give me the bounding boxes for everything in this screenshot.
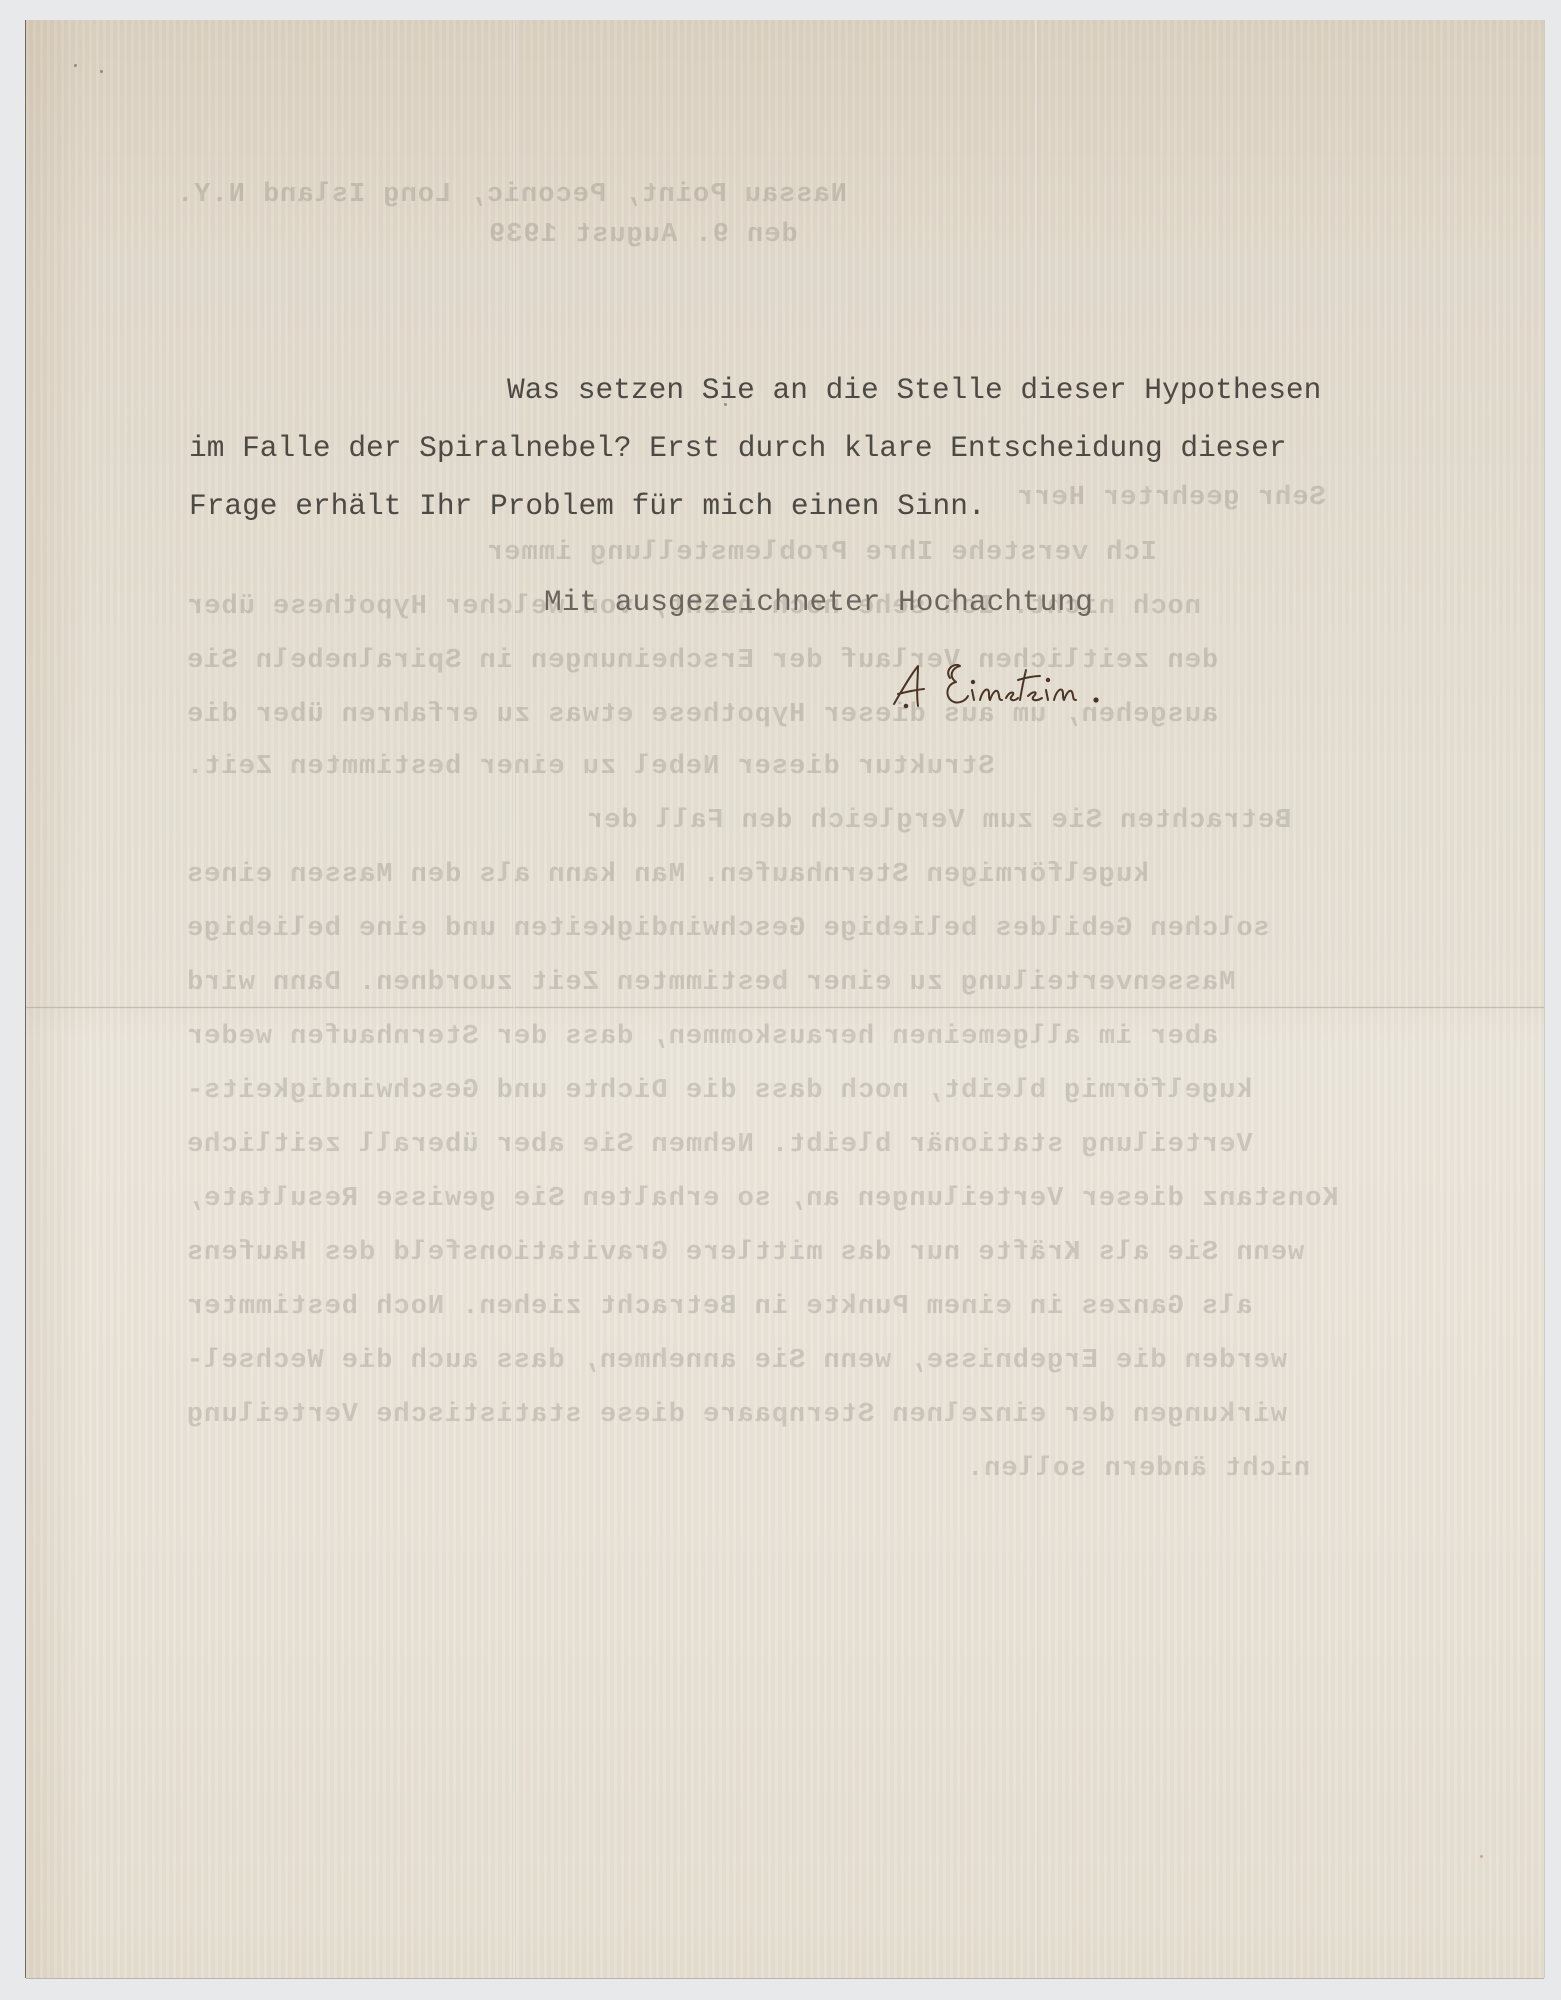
signature [888,656,1138,716]
bleed-through-line: Verteilung stationär bleibt. Nehmen Sie … [186,1130,1253,1160]
bleed-through-line: nicht ändern sollen. [966,1454,1310,1484]
bleed-through-line: Sehr geehrter Herr [1016,483,1326,513]
horizontal-fold-line [26,1006,1544,1009]
bleed-through-line: Struktur dieser Nebel zu einer bestimmte… [186,752,995,782]
bleed-through-line: wirkungen der einzelnen Sternpaare diese… [186,1400,1287,1430]
letter-closing: Mit ausgezeichneter Hochachtung [544,588,1093,618]
bleed-through-header-line: Nassau Point, Peconic, Long Island N.Y. [176,180,847,210]
bleed-through-line: wenn Sie als Kräfte nur das mittlere Gra… [186,1238,1304,1268]
bleed-through-line: kugelförmig bleibt, noch dass die Dichte… [186,1076,1253,1106]
paper-speck [724,403,727,406]
bleed-through-line: als Ganzes in einem Punkte in Betracht z… [186,1292,1253,1322]
bleed-through-line: Konstanz dieser Verteilungen an, so erha… [186,1184,1339,1214]
paper-speck [74,64,77,67]
paper-speck [100,70,103,73]
paper-speck [1480,1855,1483,1858]
letter-line: Frage erhält Ihr Problem für mich einen … [189,492,986,522]
signature-icon [888,656,1138,716]
vertical-fold-line [512,20,516,1978]
bleed-through-line: kugelförmigen Sternhaufen. Man kann als … [186,860,1149,890]
letter-paper: Nassau Point, Peconic, Long Island N.Y. … [26,20,1544,1978]
vertical-fold-line [1034,20,1038,1978]
bleed-through-line: werden die Ergebnisse, wenn Sie annehmen… [186,1346,1287,1376]
bleed-through-line: Ich verstehe Ihre Problemstellung immer [486,538,1157,568]
letter-line: im Falle der Spiralnebel? Erst durch kla… [189,434,1287,464]
bleed-through-line: solchen Gebildes beliebige Geschwindigke… [186,914,1270,944]
bleed-through-line: Massenverteilung zu einer bestimmten Zei… [186,968,1235,998]
bleed-through-line: Betrachten Sie zum Vergleich den Fall de… [586,806,1291,836]
bleed-through-line: aber im allgemeinen herauskommen, dass d… [186,1022,1218,1052]
paper-speck [458,503,461,506]
letter-line: Was setzen Sie an die Stelle dieser Hypo… [507,376,1321,406]
bleed-through-header-line: den 9. August 1939 [488,220,798,250]
